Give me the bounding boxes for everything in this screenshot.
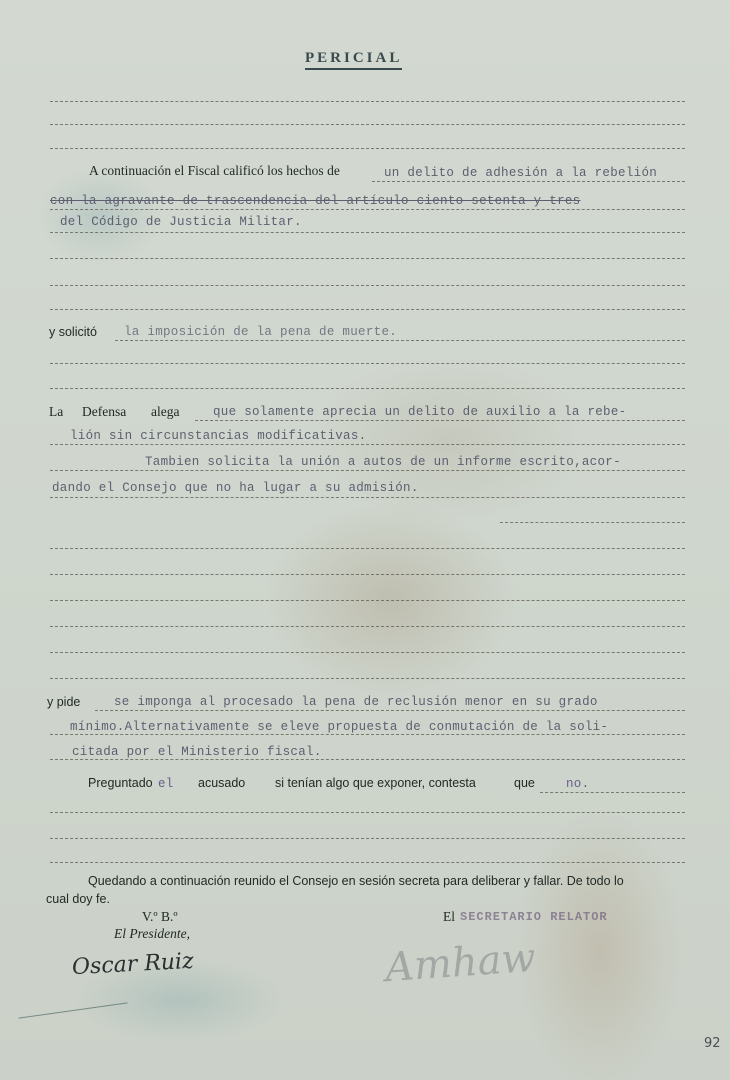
fiscal-typed-line-1: un delito de adhesión a la rebelión [384,166,657,180]
solicito-typed: la imposición de la pena de muerte. [124,325,397,339]
ruled-line [372,181,685,182]
ruled-line [50,734,685,735]
ruled-line [50,600,685,601]
preguntado-typed-answer: no. [566,777,589,791]
ruled-line [50,309,685,310]
ruled-line [50,209,685,210]
fiscal-typed-line-2: con la agravante de trascendencia del ar… [50,194,580,208]
pide-typed-line-1: se imponga al procesado la pena de reclu… [114,695,598,709]
ruled-line [500,522,685,523]
ruled-line [50,124,685,125]
pide-label: y pide [47,695,80,709]
ruled-line [50,574,685,575]
ruled-line [50,678,685,679]
ruled-line [50,258,685,259]
ruled-line [540,792,685,793]
defensa-label-defensa: Defensa [82,404,126,420]
ruled-line [50,626,685,627]
ruled-line [50,812,685,813]
ruled-line [50,470,685,471]
defensa-typed-line-4: dando el Consejo que no ha lugar a su ad… [52,481,419,495]
defensa-typed-line-3: Tambien solicita la unión a autos de un … [145,455,621,469]
solicito-label: y solicitó [49,325,97,339]
ruled-line [50,862,685,863]
preguntado-typed-el: el [158,777,174,791]
pide-typed-line-3: citada por el Ministerio fiscal. [72,745,322,759]
folio-number: 92 [704,1036,721,1051]
ruled-line [50,444,685,445]
pide-typed-line-2: mínimo.Alternativamente se eleve propues… [70,720,608,734]
closing-line-2: cual doy fe. [46,892,110,906]
ruled-line [195,420,685,421]
exponer-label: si tenían algo que exponer, contesta [275,776,476,790]
ruled-line [50,838,685,839]
presidente-label: El Presidente, [114,926,190,942]
fiscal-label: A continuación el Fiscal calificó los he… [89,163,340,179]
document-title: PERICIAL [305,50,402,70]
defensa-typed-line-1: que solamente aprecia un delito de auxil… [213,405,626,419]
fiscal-typed-line-3: del Código de Justicia Militar. [60,215,302,229]
ruled-line [50,652,685,653]
preguntado-label: Preguntado [88,776,153,790]
acusado-label: acusado [198,776,245,790]
defensa-label-la: La [49,404,63,420]
ruled-line [115,340,685,341]
secretario-prefix: El [443,909,455,925]
ruled-line [95,710,685,711]
ruled-line [50,232,685,233]
closing-line-1: Quedando a continuación reunido el Conse… [88,874,624,888]
ruled-line [50,101,685,102]
defensa-label-alega: alega [151,404,179,420]
document-page [0,0,730,1080]
ruled-line [50,285,685,286]
vobo-label: V.º B.º [142,909,178,925]
ruled-line [50,759,685,760]
ruled-line [50,388,685,389]
secretario-stamp: SECRETARIO RELATOR [460,910,608,924]
defensa-typed-line-2: lión sin circunstancias modificativas. [70,429,366,443]
que-label: que [514,776,535,790]
ruled-line [50,497,685,498]
ruled-line [50,363,685,364]
ruled-line [50,148,685,149]
ruled-line [50,548,685,549]
